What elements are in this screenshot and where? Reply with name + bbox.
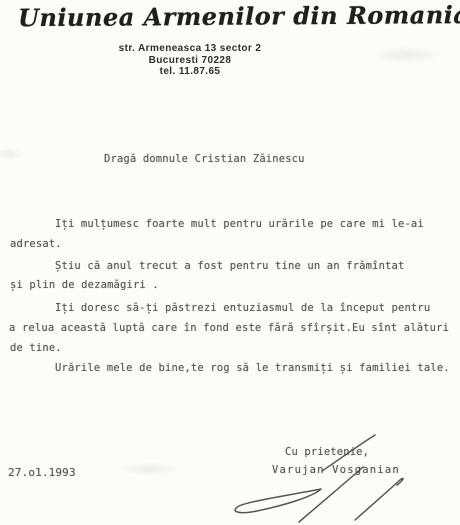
scan-smudge <box>0 148 24 160</box>
letterhead-organization-name: Uniunea Armenilor din Romania <box>18 1 363 32</box>
body-line: de tine. <box>10 342 62 354</box>
letterhead-street: str. Armeneasca 13 sector 2 <box>40 43 340 55</box>
body-line: Știu că anul trecut a fost pentru tine u… <box>55 260 404 272</box>
body-line: Urările mele de bine,te rog să le transm… <box>55 362 450 374</box>
salutation: Dragă domnule Cristian Zăinescu <box>104 153 305 165</box>
letterhead-address-block: str. Armeneasca 13 sector 2 Bucuresti 70… <box>40 43 340 78</box>
body-line: Iți mulțumesc foarte mult pentru urările… <box>55 218 424 230</box>
body-line: a relua această luptă care în fond este … <box>9 322 449 334</box>
letterhead-phone: tel. 11.87.65 <box>40 66 340 78</box>
scan-smudge <box>372 46 442 64</box>
body-line: adresat. <box>10 238 62 250</box>
scan-smudge <box>120 462 180 476</box>
letterhead-city: Bucuresti 70228 <box>40 55 340 67</box>
scanned-letter-page: Uniunea Armenilor din Romania str. Armen… <box>0 0 460 525</box>
body-line: Iți doresc să-ți păstrezi entuziasmul de… <box>55 302 430 314</box>
body-line: și plin de dezamăgiri . <box>10 279 159 291</box>
handwritten-signature-icon <box>228 430 413 525</box>
letter-date: 27.o1.1993 <box>8 466 76 479</box>
